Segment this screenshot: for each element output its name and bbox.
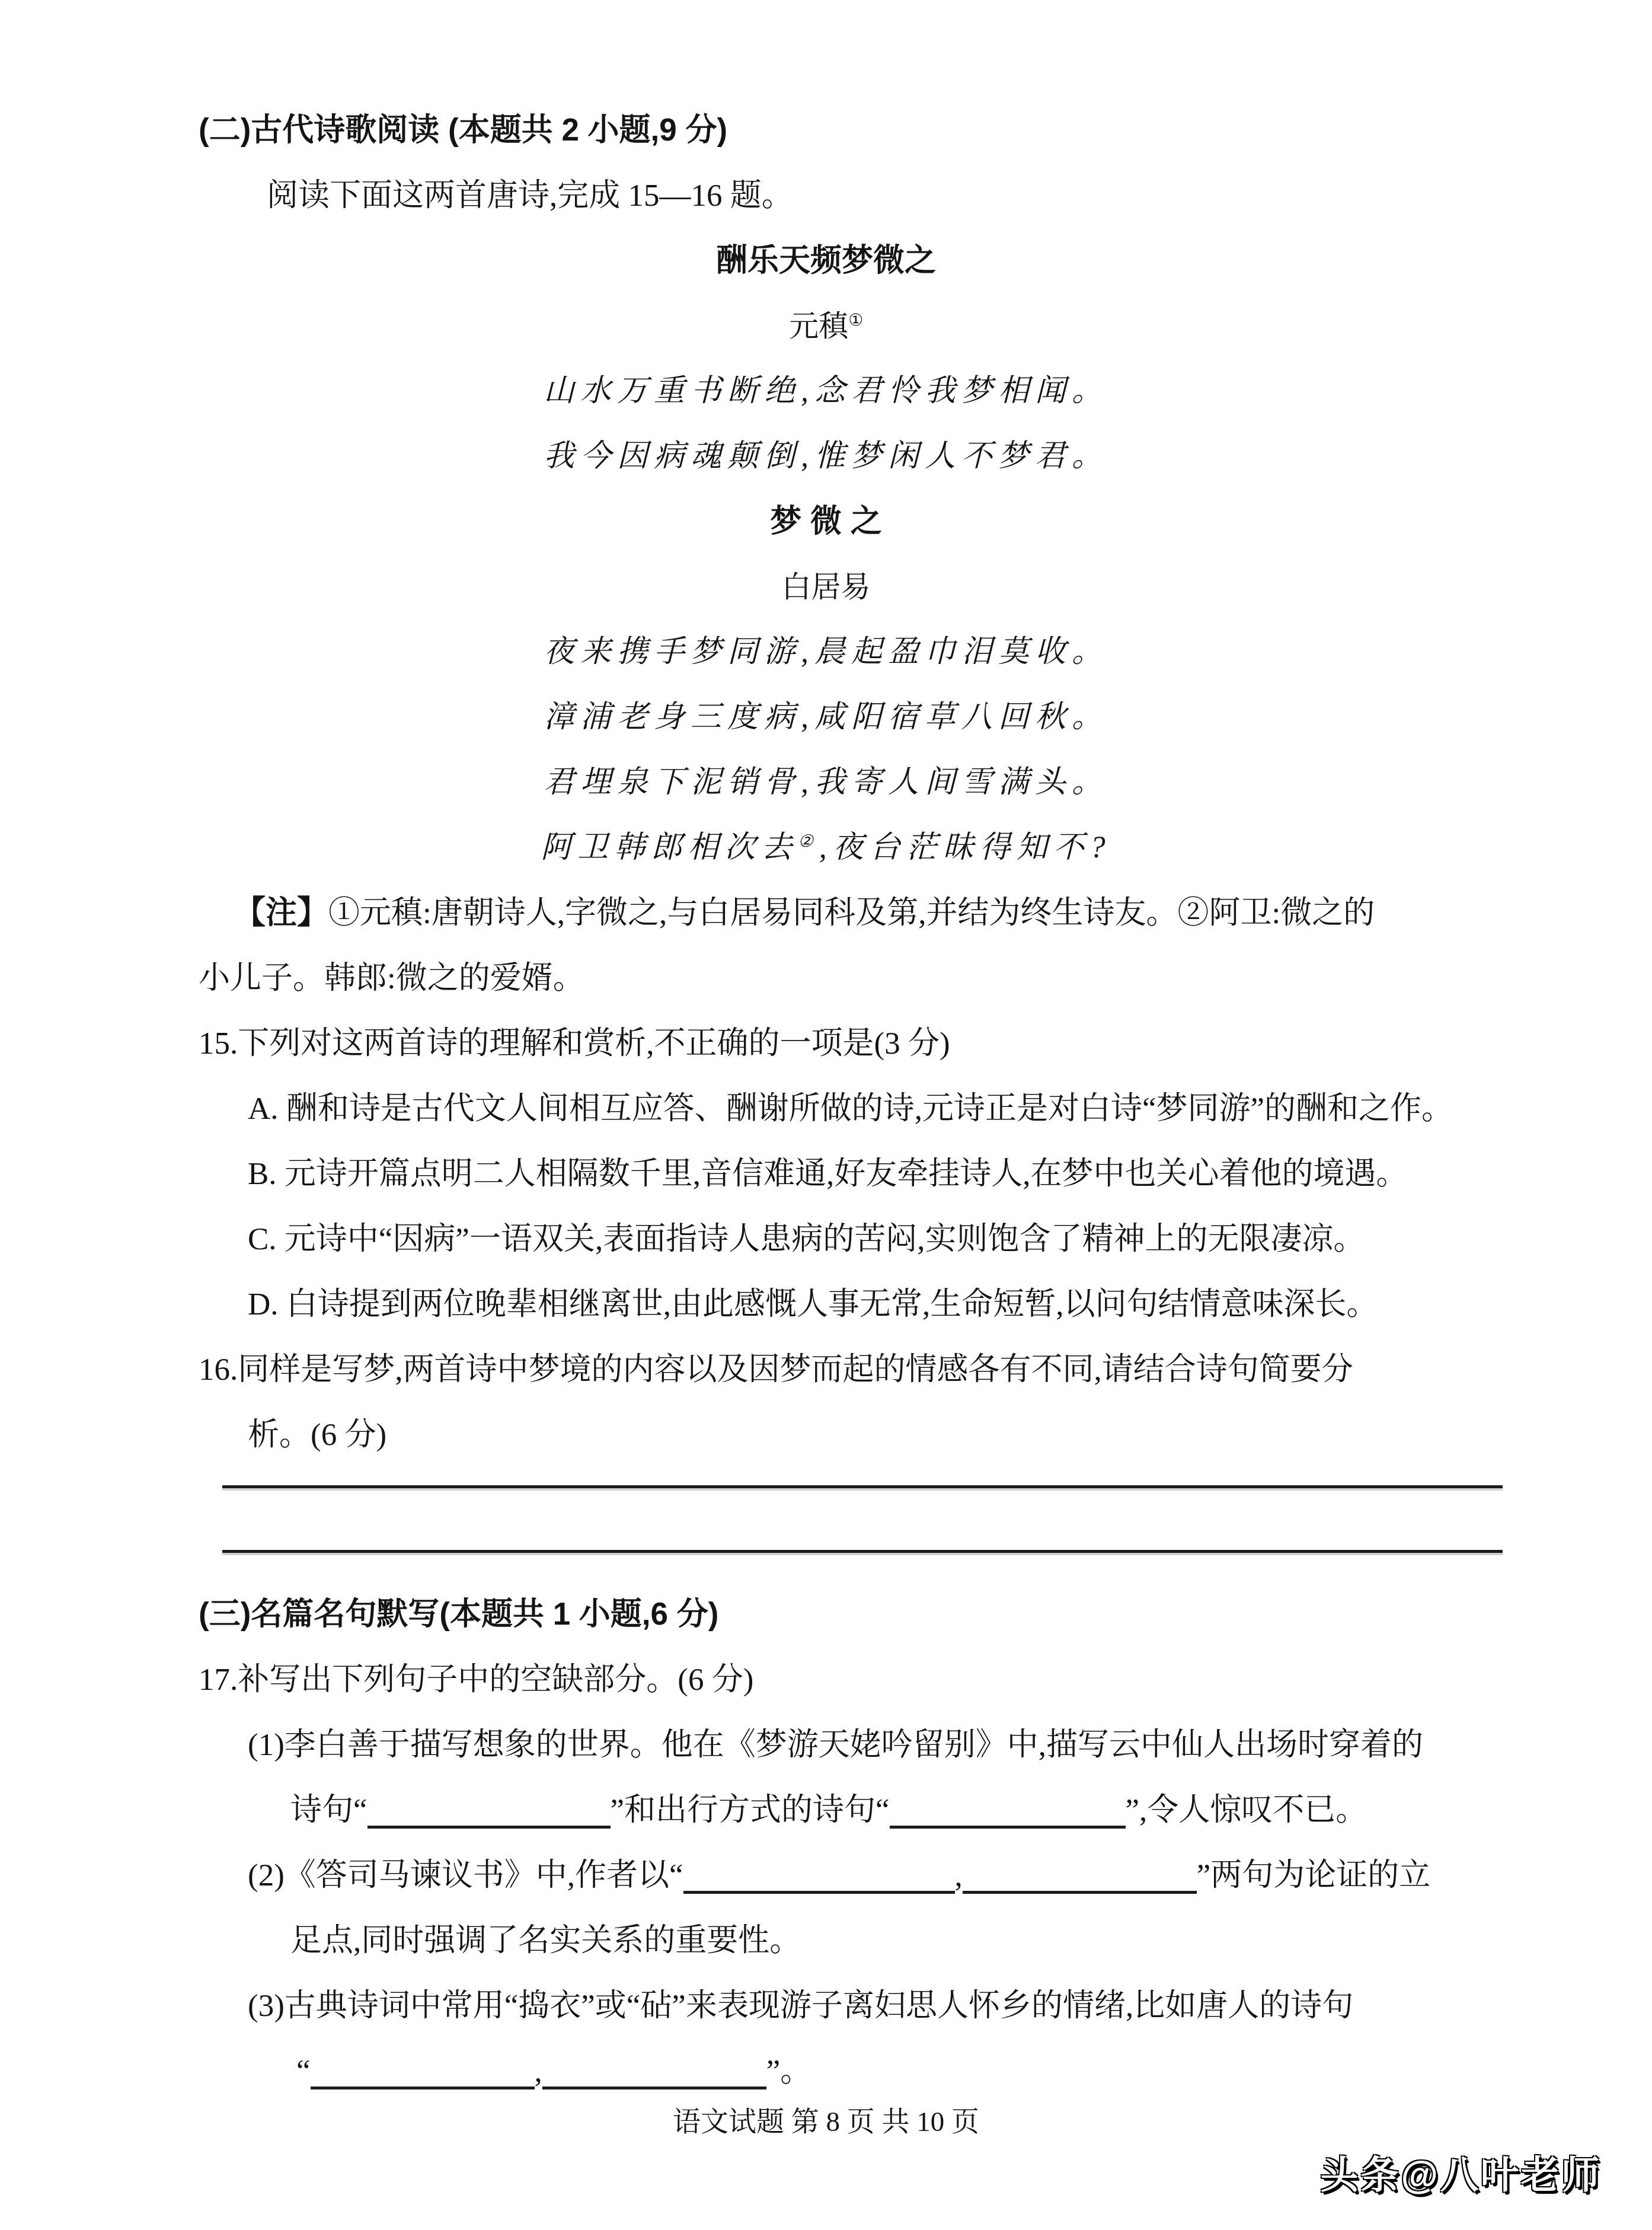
poem2-verse-1: 夜来携手梦同游,晨起盈巾泪莫收。 [0,620,1652,685]
poem2-verse-2: 漳浦老身三度病,咸阳宿草八回秋。 [0,685,1652,750]
poem2-verse-4: 阿卫韩郎相次去②,夜台茫昧得知不? [0,815,1652,880]
item2-comma: , [955,1858,963,1893]
poem1-verse-2: 我今因病魂颠倒,惟梦闲人不梦君。 [0,424,1652,489]
question-16-line-1: 16.同样是写梦,两首诗中梦境的内容以及因梦而起的情感各有不同,请结合诗句简要分 [199,1337,1652,1402]
q17-item-3-line-1: (3)古典诗词中常用“捣衣”或“砧”来表现游子离妇思人怀乡的情绪,比如唐人的诗句 [248,1973,1652,2038]
question-15-stem: 15.下列对这两首诗的理解和赏析,不正确的一项是(3 分) [199,1011,1652,1076]
poem2-author: 白居易 [0,554,1652,620]
item1-text-post: ”,令人惊叹不已。 [1126,1793,1367,1827]
question-16-line-2: 析。(6 分) [248,1402,1652,1467]
reading-instruction: 阅读下面这两首唐诗,完成 15—16 题。 [267,163,1652,228]
question-15-option-b: B. 元诗开篇点明二人相隔数千里,音信难通,好友牵挂诗人,在梦中也关心着他的境遇… [248,1141,1652,1207]
poem1-author-note-ref: ① [848,311,863,329]
page-content: (二)古代诗歌阅读 (本题共 2 小题,9 分) 阅读下面这两首唐诗,完成 15… [0,0,1652,2155]
section-3-heading: (三)名篇名句默写(本题共 1 小题,6 分) [199,1582,1652,1647]
poem1-author-line: 元稹① [0,293,1652,359]
fill-in-blank-3 [683,1858,955,1894]
fill-in-blank-2 [890,1792,1126,1829]
q17-item-2-line-1: (2)《答司马谏议书》中,作者以“,”两句为论证的立 [248,1843,1652,1908]
item1-text-pre: 诗句“ [290,1793,368,1827]
poem2-verse-4-tail: ,夜台茫昧得知不? [819,831,1111,864]
item2-text-post: ”两句为论证的立 [1197,1858,1431,1893]
exam-paper-page: (二)古代诗歌阅读 (本题共 2 小题,9 分) 阅读下面这两首唐诗,完成 15… [0,0,1652,2230]
question-15-option-c: C. 元诗中“因病”一语双关,表面指诗人患病的苦闷,实则饱含了精神上的无限凄凉。 [248,1207,1652,1272]
answer-line-2 [222,1550,1503,1553]
poem-note-line-2: 小儿子。韩郎:微之的爱婿。 [199,946,1652,1011]
question-15-option-d: D. 白诗提到两位晚辈相继离世,由此感慨人事无常,生命短暂,以问句结情意味深长。 [248,1272,1652,1337]
poem-note-line-1: 【注】①元稹:唐朝诗人,字微之,与白居易同科及第,并结为终生诗友。②阿卫:微之的 [234,880,1652,946]
answer-line-1 [222,1485,1503,1488]
poem2-verse-4-text: 阿卫韩郎相次去 [541,831,798,864]
q17-item-1-line-2: 诗句“”和出行方式的诗句“”,令人惊叹不已。 [290,1778,1652,1843]
section-2-heading: (二)古代诗歌阅读 (本题共 2 小题,9 分) [199,98,1652,163]
watermark: 头条@八叶老师 [1321,2145,1602,2199]
item3-close-quote: ”。 [766,2054,812,2088]
q17-item-1-line-1: (1)李白善于描写想象的世界。他在《梦游天姥吟留别》中,描写云中仙人出场时穿着的 [248,1712,1652,1778]
item2-text-pre: (2)《答司马谏议书》中,作者以“ [248,1858,683,1893]
item3-open-quote: “ [296,2054,311,2088]
fill-in-blank-4 [963,1858,1197,1894]
question-17-stem: 17.补写出下列句子中的空缺部分。(6 分) [199,1647,1652,1712]
fill-in-blank-6 [542,2053,766,2089]
note-label: 【注】 [234,895,328,930]
fill-in-blank-1 [368,1792,611,1829]
poem2-verse-3: 君埋泉下泥销骨,我寄人间雪满头。 [0,750,1652,815]
poem1-title: 酬乐天频梦微之 [0,228,1652,293]
item3-comma: , [535,2054,542,2088]
q17-item-2-line-2: 足点,同时强调了名实关系的重要性。 [290,1908,1652,1973]
poem2-note-ref: ② [798,832,819,851]
fill-in-blank-5 [311,2053,535,2089]
note-text-1: ①元稹:唐朝诗人,字微之,与白居易同科及第,并结为终生诗友。②阿卫:微之的 [328,896,1375,930]
item1-text-mid: ”和出行方式的诗句“ [611,1793,890,1827]
poem2-title: 梦 微 之 [0,489,1652,554]
poem1-verse-1: 山水万重书断绝,念君怜我梦相闻。 [0,359,1652,424]
question-15-option-a: A. 酬和诗是古代文人间相互应答、酬谢所做的诗,元诗正是对白诗“梦同游”的酬和之… [248,1076,1652,1141]
poem1-author: 元稹 [789,310,848,343]
